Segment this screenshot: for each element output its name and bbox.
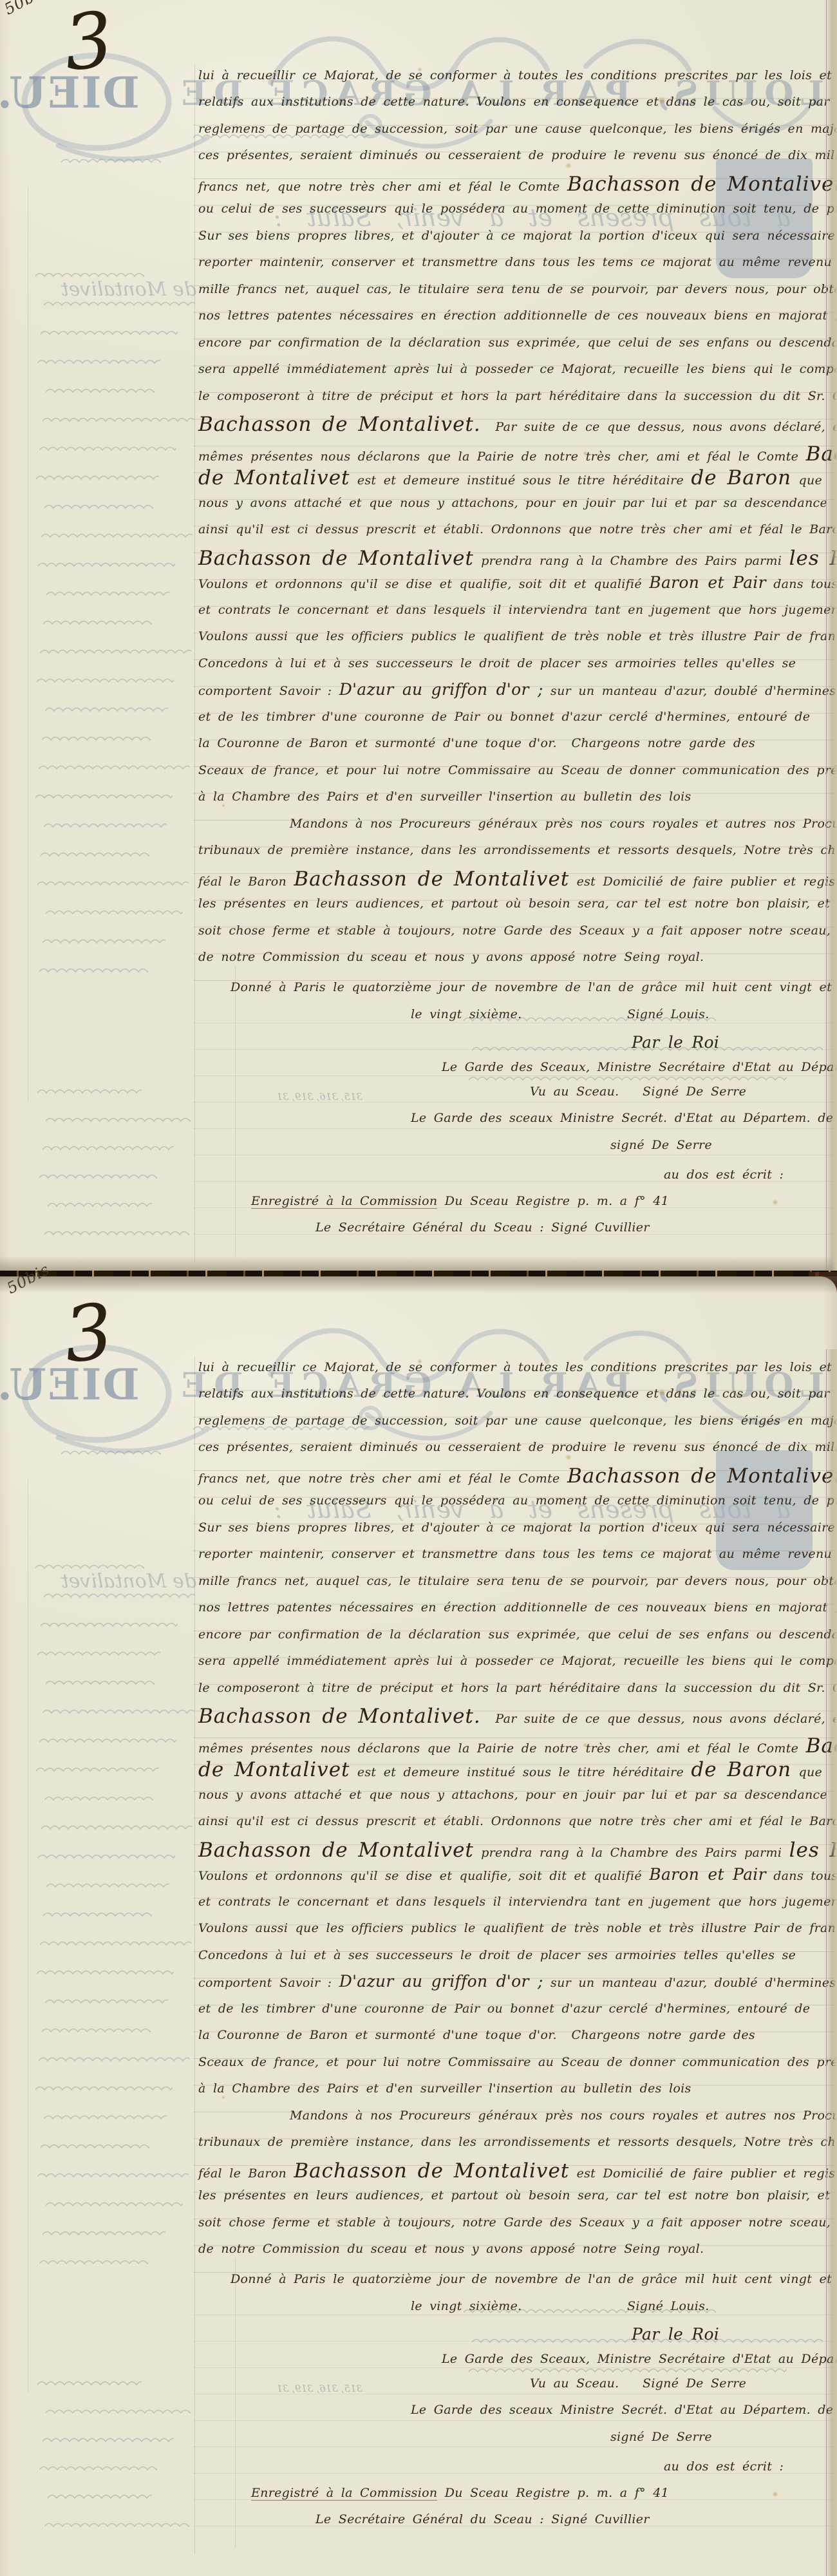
ghost-script-row [46, 589, 169, 598]
text-segment: Voulons aussi que les officiers publics … [198, 629, 837, 643]
foxing-spot [417, 67, 422, 72]
text-line: Vu au Sceau.Signé De SerreVisa [198, 2376, 837, 2403]
text-segment: lui à recueillir ce Majorat, de se confo… [198, 1360, 837, 1374]
ghost-script-row [44, 299, 195, 308]
text-line: Mandons à nos Procureurs généraux près n… [198, 817, 837, 844]
text-line: ces présentes, seraient diminués ou cess… [198, 148, 837, 175]
text-segment: Vu au Sceau. [530, 2376, 619, 2391]
text-line: les présentes en leurs audiences, et par… [198, 2188, 837, 2215]
ghost-script-row [193, 132, 370, 141]
ghost-script-row [41, 328, 178, 337]
text-segment: relatifs aux institutions de cette natur… [198, 1387, 837, 1401]
text-line: féal le Baron Bachasson de Montalivet es… [198, 867, 837, 895]
text-line: Bachasson de Montalivet prendra rang à l… [198, 547, 837, 574]
text-segment: Enregistré à la Commission [251, 1194, 437, 1209]
text-segment: à la Chambre des Pairs et d'en surveille… [198, 2081, 691, 2096]
text-segment: de notre Commission du sceau et nous y a… [198, 2242, 704, 2256]
text-segment: le composeront à titre de préciput et ho… [198, 1681, 837, 1695]
text-line: au dos est écrit : [198, 2459, 837, 2486]
text-line: lui à recueillir ce Majorat, de se confo… [198, 68, 837, 95]
text-line: Enregistré à la Commission Du Sceau Regi… [198, 2486, 837, 2513]
text-segment: reporter maintenir, conserver et transme… [198, 255, 837, 269]
foxing-spot [658, 97, 666, 104]
ghost-script-row [39, 763, 190, 772]
text-line: Bachasson de Montalivet. Par suite de ce… [198, 1705, 837, 1732]
foxing-spot [658, 1388, 666, 1396]
text-line: de notre Commission du sceau et nous y a… [198, 950, 837, 977]
text-segment: Concedons à lui et à ses successeurs le … [198, 656, 796, 670]
ghost-script-row [38, 560, 175, 569]
text-segment: mêmes présentes nous déclarons que la Pa… [198, 1741, 806, 1756]
text-line: encore par confirmation de la déclaratio… [198, 1627, 837, 1654]
text-segment: au dos est écrit : [664, 2459, 784, 2474]
ghost-script-row [469, 1074, 787, 1083]
text-segment: ainsi qu'il est ci dessus prescrit et ét… [198, 1814, 837, 1828]
ghost-script-row [42, 2026, 151, 2035]
text-segment: Sceaux de france, et pour lui notre Comm… [198, 2055, 837, 2069]
text-segment: et de les timbrer d'une couronne de Pair… [198, 710, 810, 724]
text-segment: encore par confirmation de la déclaratio… [198, 1627, 837, 1642]
ghost-script-row [61, 1448, 161, 1457]
text-line: la Couronne de Baron et surmonté d'une t… [198, 736, 837, 763]
text-line: les présentes en leurs audiences, et par… [198, 896, 837, 923]
text-segment: sera appellé immédiatement après lui à p… [198, 1654, 837, 1668]
text-segment: Bachasson de Montalivet [198, 547, 474, 570]
text-line: Enregistré à la Commission Du Sceau Regi… [198, 1194, 837, 1221]
text-line: Bachasson de Montalivet. Par suite de ce… [198, 413, 837, 440]
ghost-script-row [43, 1910, 152, 1919]
text-line: signé De Serresigné Richelieu [198, 2430, 837, 2457]
text-line: Sceaux de france, et pour lui notre Comm… [198, 2055, 837, 2082]
text-segment: Enregistré à la Commission [251, 2486, 437, 2501]
text-segment: nos lettres patentes nécessaires en érec… [198, 308, 837, 323]
ghost-script-row [42, 2229, 165, 2238]
text-line: Voulons et ordonnons qu'il se dise et qu… [198, 1865, 837, 1892]
text-segment: signé De Serre [610, 1138, 712, 1152]
text-segment: mêmes présentes nous déclarons que la Pa… [198, 450, 806, 464]
clerk-paraph-mark: 3 [60, 0, 117, 90]
ghost-script-row [472, 1045, 823, 1054]
text-segment: ces présentes, seraient diminués ou cess… [198, 148, 837, 162]
text-segment: Donné à Paris le quatorzième jour de nov… [230, 980, 837, 994]
ghost-script-row [46, 2407, 191, 2416]
text-segment: Voulons et ordonnons qu'il se dise et qu… [198, 577, 649, 591]
page-right-edge [826, 1349, 837, 2576]
text-segment: et contrats le concernant et dans lesque… [198, 603, 837, 617]
text-segment: Baron et Pair [649, 1865, 766, 1884]
text-segment: Le Secrétaire Général du Sceau : Signé C… [315, 2512, 650, 2526]
ghost-script-row [44, 821, 167, 830]
text-segment: Bachasson de Montalivet [567, 173, 837, 196]
text-segment: le composeront à titre de préciput et ho… [198, 389, 837, 403]
text-segment: Donné à Paris le quatorzième jour de nov… [230, 2272, 837, 2286]
text-segment: soit chose ferme et stable à toujours, n… [198, 923, 837, 938]
text-segment: ou celui de ses successeurs qui le possé… [198, 1493, 837, 1508]
text-line: le composeront à titre de préciput et ho… [198, 389, 837, 416]
ghost-script-row [46, 386, 155, 395]
page-bottom-shadow [0, 1256, 837, 1271]
ghost-script-row [41, 850, 149, 859]
text-line: Concedons à lui et à ses successeurs le … [198, 656, 837, 683]
text-segment: Sceaux de france, et pour lui notre Comm… [198, 763, 837, 777]
text-line: nous y avons attaché et que nous y attac… [198, 496, 837, 523]
text-segment: Bachasson de Montalivet. [198, 1705, 481, 1728]
text-line: la Couronne de Baron et surmonté d'une t… [198, 2028, 837, 2055]
text-line: Concedons à lui et à ses successeurs le … [198, 1948, 837, 1975]
ghost-script-row [41, 2142, 149, 2151]
ghost-script-row [464, 1015, 716, 1024]
text-line: mêmes présentes nous déclarons que la Pa… [198, 442, 837, 469]
text-line: tribunaux de première instance, dans les… [198, 2135, 837, 2162]
text-segment: ainsi qu'il est ci dessus prescrit et ét… [198, 522, 837, 536]
ghost-script-row [41, 531, 193, 540]
text-line: Voulons aussi que les officiers publics … [198, 1921, 837, 1948]
text-line: et contrats le concernant et dans lesque… [198, 603, 837, 630]
text-segment: Le Garde des Sceaux, Ministre Secrétaire… [442, 2352, 837, 2366]
text-segment: comportent Savoir : [198, 1976, 339, 1990]
ghost-script-row [61, 156, 161, 166]
text-line: le composeront à titre de préciput et ho… [198, 1681, 837, 1708]
text-segment: Le Garde des sceaux Ministre Secrét. d'E… [411, 1111, 837, 1125]
ghost-script-row [40, 647, 191, 656]
text-segment: de Montalivet [198, 1758, 350, 1781]
ghost-script-row [472, 2336, 823, 2345]
text-segment: Bachasson de Montalivet [198, 1839, 474, 1862]
text-line: nos lettres patentes nécessaires en érec… [198, 308, 837, 336]
text-segment: que [791, 1765, 822, 1779]
text-segment: D'azur au griffon d'or ; [339, 680, 543, 699]
text-segment: Bachasson de Montalivet [567, 1464, 837, 1488]
text-segment: et de les timbrer d'une couronne de Pair… [198, 2002, 810, 2016]
ghost-script-row [46, 1678, 155, 1687]
text-segment: Signé De Serre [643, 2376, 746, 2391]
text-line: mille francs net, auquel cas, le titulai… [198, 282, 837, 309]
ghost-script-row [35, 270, 144, 279]
text-line: Voulons aussi que les officiers publics … [198, 629, 837, 656]
text-segment: que [791, 473, 822, 488]
ghost-script-row [48, 1200, 152, 1209]
text-line: Bachasson de Montalivet prendra rang à l… [198, 1839, 837, 1866]
text-segment: francs net, que notre très cher ami et f… [198, 1472, 567, 1486]
text-line: sera appellé immédiatement après lui à p… [198, 362, 837, 389]
text-line: ou celui de ses successeurs qui le possé… [198, 1493, 837, 1520]
foxing-spot [682, 1923, 686, 1927]
text-segment: sur un manteau d'azur, doublé d'hermines [543, 684, 836, 698]
text-line: mêmes présentes nous déclarons que la Pa… [198, 1734, 837, 1761]
text-segment: D'azur au griffon d'or ; [339, 1972, 543, 1991]
foxing-spot [583, 451, 588, 456]
ghost-script-row [48, 2492, 152, 2501]
text-line: ainsi qu'il est ci dessus prescrit et ét… [198, 522, 837, 549]
ghost-script-row [42, 734, 151, 743]
text-segment: féal le Baron [198, 875, 294, 889]
text-segment: est Domicilié de faire publier et regist… [569, 2166, 837, 2181]
ghost-script-row [36, 1765, 159, 1774]
ghost-script-row [40, 1939, 191, 1948]
ghost-script-row [42, 2436, 174, 2445]
foxing-spot [565, 1454, 572, 1461]
ghost-script-row [44, 1591, 195, 1600]
text-segment: et contrats le concernant et dans lesque… [198, 1895, 837, 1909]
text-line: encore par confirmation de la déclaratio… [198, 336, 837, 363]
ghost-script-row [37, 1649, 160, 1658]
text-segment: Du Sceau Registre p. m. a f° 41 [437, 2486, 669, 2500]
text-segment: tribunaux de première instance, dans les… [198, 843, 837, 857]
text-segment: la Couronne de Baron et surmonté d'une t… [198, 2028, 755, 2042]
text-line: Le Garde des sceaux Ministre Secrét. d'E… [198, 2403, 837, 2430]
page-content: LOUIS, PAR LA GRACE DE DIEU. à tous pres… [0, 1292, 837, 2564]
ghost-script-row [44, 2113, 167, 2122]
text-segment: Voulons aussi que les officiers publics … [198, 1921, 837, 1935]
ghost-script-row [37, 676, 174, 685]
text-segment: prendra rang à la Chambre des Pairs parm… [474, 554, 789, 568]
text-line: Voulons et ordonnons qu'il se dise et qu… [198, 573, 837, 600]
foxing-spot [772, 1199, 778, 1206]
text-segment: reporter maintenir, conserver et transme… [198, 1547, 837, 1561]
clerk-paraph-mark: 3 [60, 1285, 117, 1381]
text-segment: de Baron [691, 1758, 791, 1781]
ghost-script-row [46, 2200, 183, 2209]
ghost-script-row [39, 2258, 148, 2267]
text-segment: encore par confirmation de la déclaratio… [198, 336, 837, 350]
page-content: LOUIS, PAR LA GRACE DE DIEU. à tous pres… [0, 0, 837, 1272]
text-line: féal le Baron Bachasson de Montalivet es… [198, 2159, 837, 2186]
foxing-spot [565, 162, 572, 169]
ghost-script-row [35, 1562, 144, 1571]
text-line: et de les timbrer d'une couronne de Pair… [198, 2002, 837, 2029]
foxing-spot [583, 1743, 588, 1748]
ghost-script-row [41, 1823, 193, 1832]
text-line: ainsi qu'il est ci dessus prescrit et ét… [198, 1814, 837, 1841]
ghost-script-row [35, 792, 173, 801]
text-line: nos lettres patentes nécessaires en érec… [198, 1600, 837, 1627]
text-line: reporter maintenir, conserver et transme… [198, 255, 837, 282]
foxing-spot [221, 804, 225, 808]
fold-crease [28, 187, 28, 1101]
page-top-shadow [0, 1276, 837, 1293]
ghost-script-row [464, 2307, 716, 2316]
ghost-script-row [44, 502, 153, 511]
text-line: sera appellé immédiatement après lui à p… [198, 1654, 837, 1681]
ghost-script-row [37, 2379, 142, 2388]
foxing-spot [417, 1359, 422, 1364]
text-segment: les présentes en leurs audiences, et par… [198, 896, 837, 911]
foxing-spot [772, 2491, 778, 2497]
text-segment: Mandons à nos Procureurs généraux près n… [290, 2108, 837, 2123]
text-segment: Sur ses biens propres libres, et d'ajout… [198, 1520, 837, 1535]
text-line: à la Chambre des Pairs et d'en surveille… [198, 2081, 837, 2108]
text-segment: au dos est écrit : [664, 1168, 784, 1182]
text-line: reporter maintenir, conserver et transme… [198, 1547, 837, 1574]
ghost-script-row [42, 1707, 194, 1716]
text-segment: soit chose ferme et stable à toujours, n… [198, 2215, 837, 2230]
text-line: Donné à Paris le quatorzième jour de nov… [198, 2272, 837, 2299]
ghost-script-row [46, 908, 183, 917]
ghost-script-row [36, 473, 159, 482]
text-line: au dos est écrit : [198, 1168, 837, 1195]
ghost-script-row [42, 1144, 174, 1153]
ghost-script-row [39, 444, 176, 453]
text-segment: nous y avons attaché et que nous y attac… [198, 496, 827, 510]
text-line: signé De Serresigné Richelieu [198, 1138, 837, 1165]
foxing-spot [491, 2060, 497, 2067]
text-segment: ces présentes, seraient diminués ou cess… [198, 1440, 837, 1454]
text-line: Le Secrétaire Général du Sceau : Signé C… [198, 1220, 837, 1247]
ghost-script-row [45, 1997, 168, 2006]
text-line: mille francs net, auquel cas, le titulai… [198, 1574, 837, 1601]
text-segment: est Domicilié de faire publier et regist… [569, 875, 837, 889]
text-line: Sur ses biens propres libres, et d'ajout… [198, 229, 837, 256]
foxing-spot [682, 631, 686, 635]
text-segment: Signé De Serre [643, 1084, 746, 1099]
text-segment: Vu au Sceau. [530, 1084, 619, 1099]
text-line: de Montalivet est et demeure institué so… [198, 466, 837, 493]
text-segment: Du Sceau Registre p. m. a f° 41 [437, 1194, 669, 1208]
fold-crease [194, 1356, 195, 2554]
text-segment: est et demeure institué sous le titre hé… [350, 1765, 691, 1779]
foxing-spot [491, 768, 497, 775]
ghost-script-row [37, 1087, 142, 1096]
text-segment: prendra rang à la Chambre des Pairs parm… [474, 1846, 789, 1860]
binding-strip [0, 1271, 837, 1276]
text-line: ces présentes, seraient diminués ou cess… [198, 1440, 837, 1467]
text-segment: Par suite de ce que dessus, nous avons d… [481, 1712, 837, 1726]
ghost-script-row [44, 1794, 153, 1803]
ghost-script-row [42, 415, 194, 424]
text-line: Sur ses biens propres libres, et d'ajout… [198, 1520, 837, 1548]
text-segment: comportent Savoir : [198, 684, 339, 698]
text-line: francs net, que notre très cher ami et f… [198, 1464, 837, 1492]
ghost-script-row [39, 2464, 157, 2473]
ghost-script-row [37, 879, 189, 888]
text-line: tribunaux de première instance, dans les… [198, 843, 837, 870]
text-line: comportent Savoir : D'azur au griffon d'… [198, 680, 837, 707]
text-line: Sceaux de france, et pour lui notre Comm… [198, 763, 837, 790]
text-line: Mandons à nos Procureurs généraux près n… [198, 2108, 837, 2136]
text-segment: francs net, que notre très cher ami et f… [198, 180, 567, 194]
text-segment: Le Garde des Sceaux, Ministre Secrétaire… [442, 1060, 837, 1074]
ghost-script-row [46, 1115, 191, 1124]
ghost-script-row [37, 357, 160, 366]
text-segment: nos lettres patentes nécessaires en érec… [198, 1600, 837, 1615]
ghost-script-row [469, 2366, 787, 2375]
ghost-script-row [37, 1968, 174, 1977]
ghost-script-row [39, 2055, 190, 2064]
ghost-script-row [39, 1736, 176, 1745]
foxing-spot [335, 927, 340, 933]
text-line: Vu au Sceau.Signé De SerreVisa [198, 1084, 837, 1112]
scanned-document-canvas: 50bis LOUIS, PAR LA GRACE DE DIEU. à tou… [0, 0, 837, 2576]
ghost-script-row [43, 618, 152, 627]
text-line: soit chose ferme et stable à toujours, n… [198, 923, 837, 951]
text-segment: Baron et Pair [649, 573, 766, 592]
ghost-script-row [45, 705, 168, 714]
text-segment: Voulons et ordonnons qu'il se dise et qu… [198, 1869, 649, 1883]
text-segment: Bachasson de Montalivet [294, 2159, 569, 2183]
text-line: Le Secrétaire Général du Sceau : Signé C… [198, 2512, 837, 2539]
ghost-script-row [44, 1229, 189, 1238]
text-segment: la Couronne de Baron et surmonté d'une t… [198, 736, 755, 750]
text-segment: féal le Baron [198, 2166, 294, 2181]
text-segment: lui à recueillir ce Majorat, de se confo… [198, 68, 837, 82]
text-line: francs net, que notre très cher ami et f… [198, 173, 837, 200]
text-segment: tribunaux de première instance, dans les… [198, 2135, 837, 2149]
text-segment: Concedons à lui et à ses successeurs le … [198, 1948, 796, 1962]
ghost-script-row [44, 2521, 189, 2530]
text-line: soit chose ferme et stable à toujours, n… [198, 2215, 837, 2242]
text-line: de Montalivet est et demeure institué so… [198, 1758, 837, 1785]
text-line: à la Chambre des Pairs et d'en surveille… [198, 790, 837, 817]
text-line: ou celui de ses successeurs qui le possé… [198, 202, 837, 229]
ghost-script-row [35, 2084, 173, 2093]
text-segment: de Montalivet [198, 466, 350, 489]
text-segment: les présentes en leurs audiences, et par… [198, 2188, 837, 2202]
text-segment: à la Chambre des Pairs et d'en surveille… [198, 790, 691, 804]
ghost-script-row [39, 1172, 157, 1181]
text-line: Donné à Paris le quatorzième jour de nov… [198, 980, 837, 1007]
manuscript-page-copy-2: 50bis LOUIS, PAR LA GRACE DE DIEU. à tou… [0, 1276, 837, 2576]
text-line: nous y avons attaché et que nous y attac… [198, 1788, 837, 1815]
ghost-margin-script: de Montalivet [0, 1570, 196, 1593]
ghost-script-row [41, 1620, 178, 1629]
text-segment: relatifs aux institutions de cette natur… [198, 95, 837, 109]
text-segment: Par suite de ce que dessus, nous avons d… [481, 420, 837, 434]
text-segment: sur un manteau d'azur, doublé d'hermines [543, 1976, 836, 1990]
text-line: et de les timbrer d'une couronne de Pair… [198, 710, 837, 737]
text-line: Le Garde des sceaux Ministre Secrét. d'E… [198, 1111, 837, 1138]
text-segment: mille francs net, auquel cas, le titulai… [198, 1574, 837, 1588]
text-segment: est et demeure institué sous le titre hé… [350, 473, 691, 488]
text-line: relatifs aux institutions de cette natur… [198, 95, 837, 122]
text-segment: Mandons à nos Procureurs généraux près n… [290, 817, 837, 831]
text-segment: ou celui de ses successeurs qui le possé… [198, 202, 837, 216]
text-segment: de notre Commission du sceau et nous y a… [198, 950, 704, 964]
text-segment: Sur ses biens propres libres, et d'ajout… [198, 229, 837, 243]
text-segment: Le Garde des sceaux Ministre Secrét. d'E… [411, 2403, 837, 2417]
text-segment: de Baron [691, 466, 791, 489]
text-segment: nous y avons attaché et que nous y attac… [198, 1788, 827, 1802]
fold-crease [28, 1479, 28, 2393]
text-segment: mille francs net, auquel cas, le titulai… [198, 282, 837, 296]
text-segment: Le Secrétaire Général du Sceau : Signé C… [315, 1220, 650, 1235]
ghost-script-row [42, 937, 165, 946]
text-segment: sera appellé immédiatement après lui à p… [198, 362, 837, 376]
foxing-spot [335, 2219, 340, 2224]
ghost-script-row [46, 1881, 169, 1890]
ghost-script-row [39, 966, 148, 975]
text-line: lui à recueillir ce Majorat, de se confo… [198, 1360, 837, 1387]
ghost-script-row [38, 1852, 175, 1861]
text-line: comportent Savoir : D'azur au griffon d'… [198, 1972, 837, 1999]
ghost-script-row [193, 1424, 370, 1433]
ghost-margin-script: de Montalivet [0, 278, 196, 301]
manuscript-page-copy-1: 50bis LOUIS, PAR LA GRACE DE DIEU. à tou… [0, 0, 837, 1271]
ghost-script-row [37, 2171, 189, 2180]
page-right-edge [826, 0, 837, 1271]
foxing-spot [221, 2096, 225, 2099]
fold-crease [194, 64, 195, 1262]
text-line: et contrats le concernant et dans lesque… [198, 1895, 837, 1922]
text-segment: Bachasson de Montalivet [294, 867, 569, 891]
text-segment: Bachasson de Montalivet. [198, 413, 481, 436]
text-line: relatifs aux institutions de cette natur… [198, 1387, 837, 1414]
text-line: de notre Commission du sceau et nous y a… [198, 2242, 837, 2269]
text-segment: signé De Serre [610, 2430, 712, 2444]
